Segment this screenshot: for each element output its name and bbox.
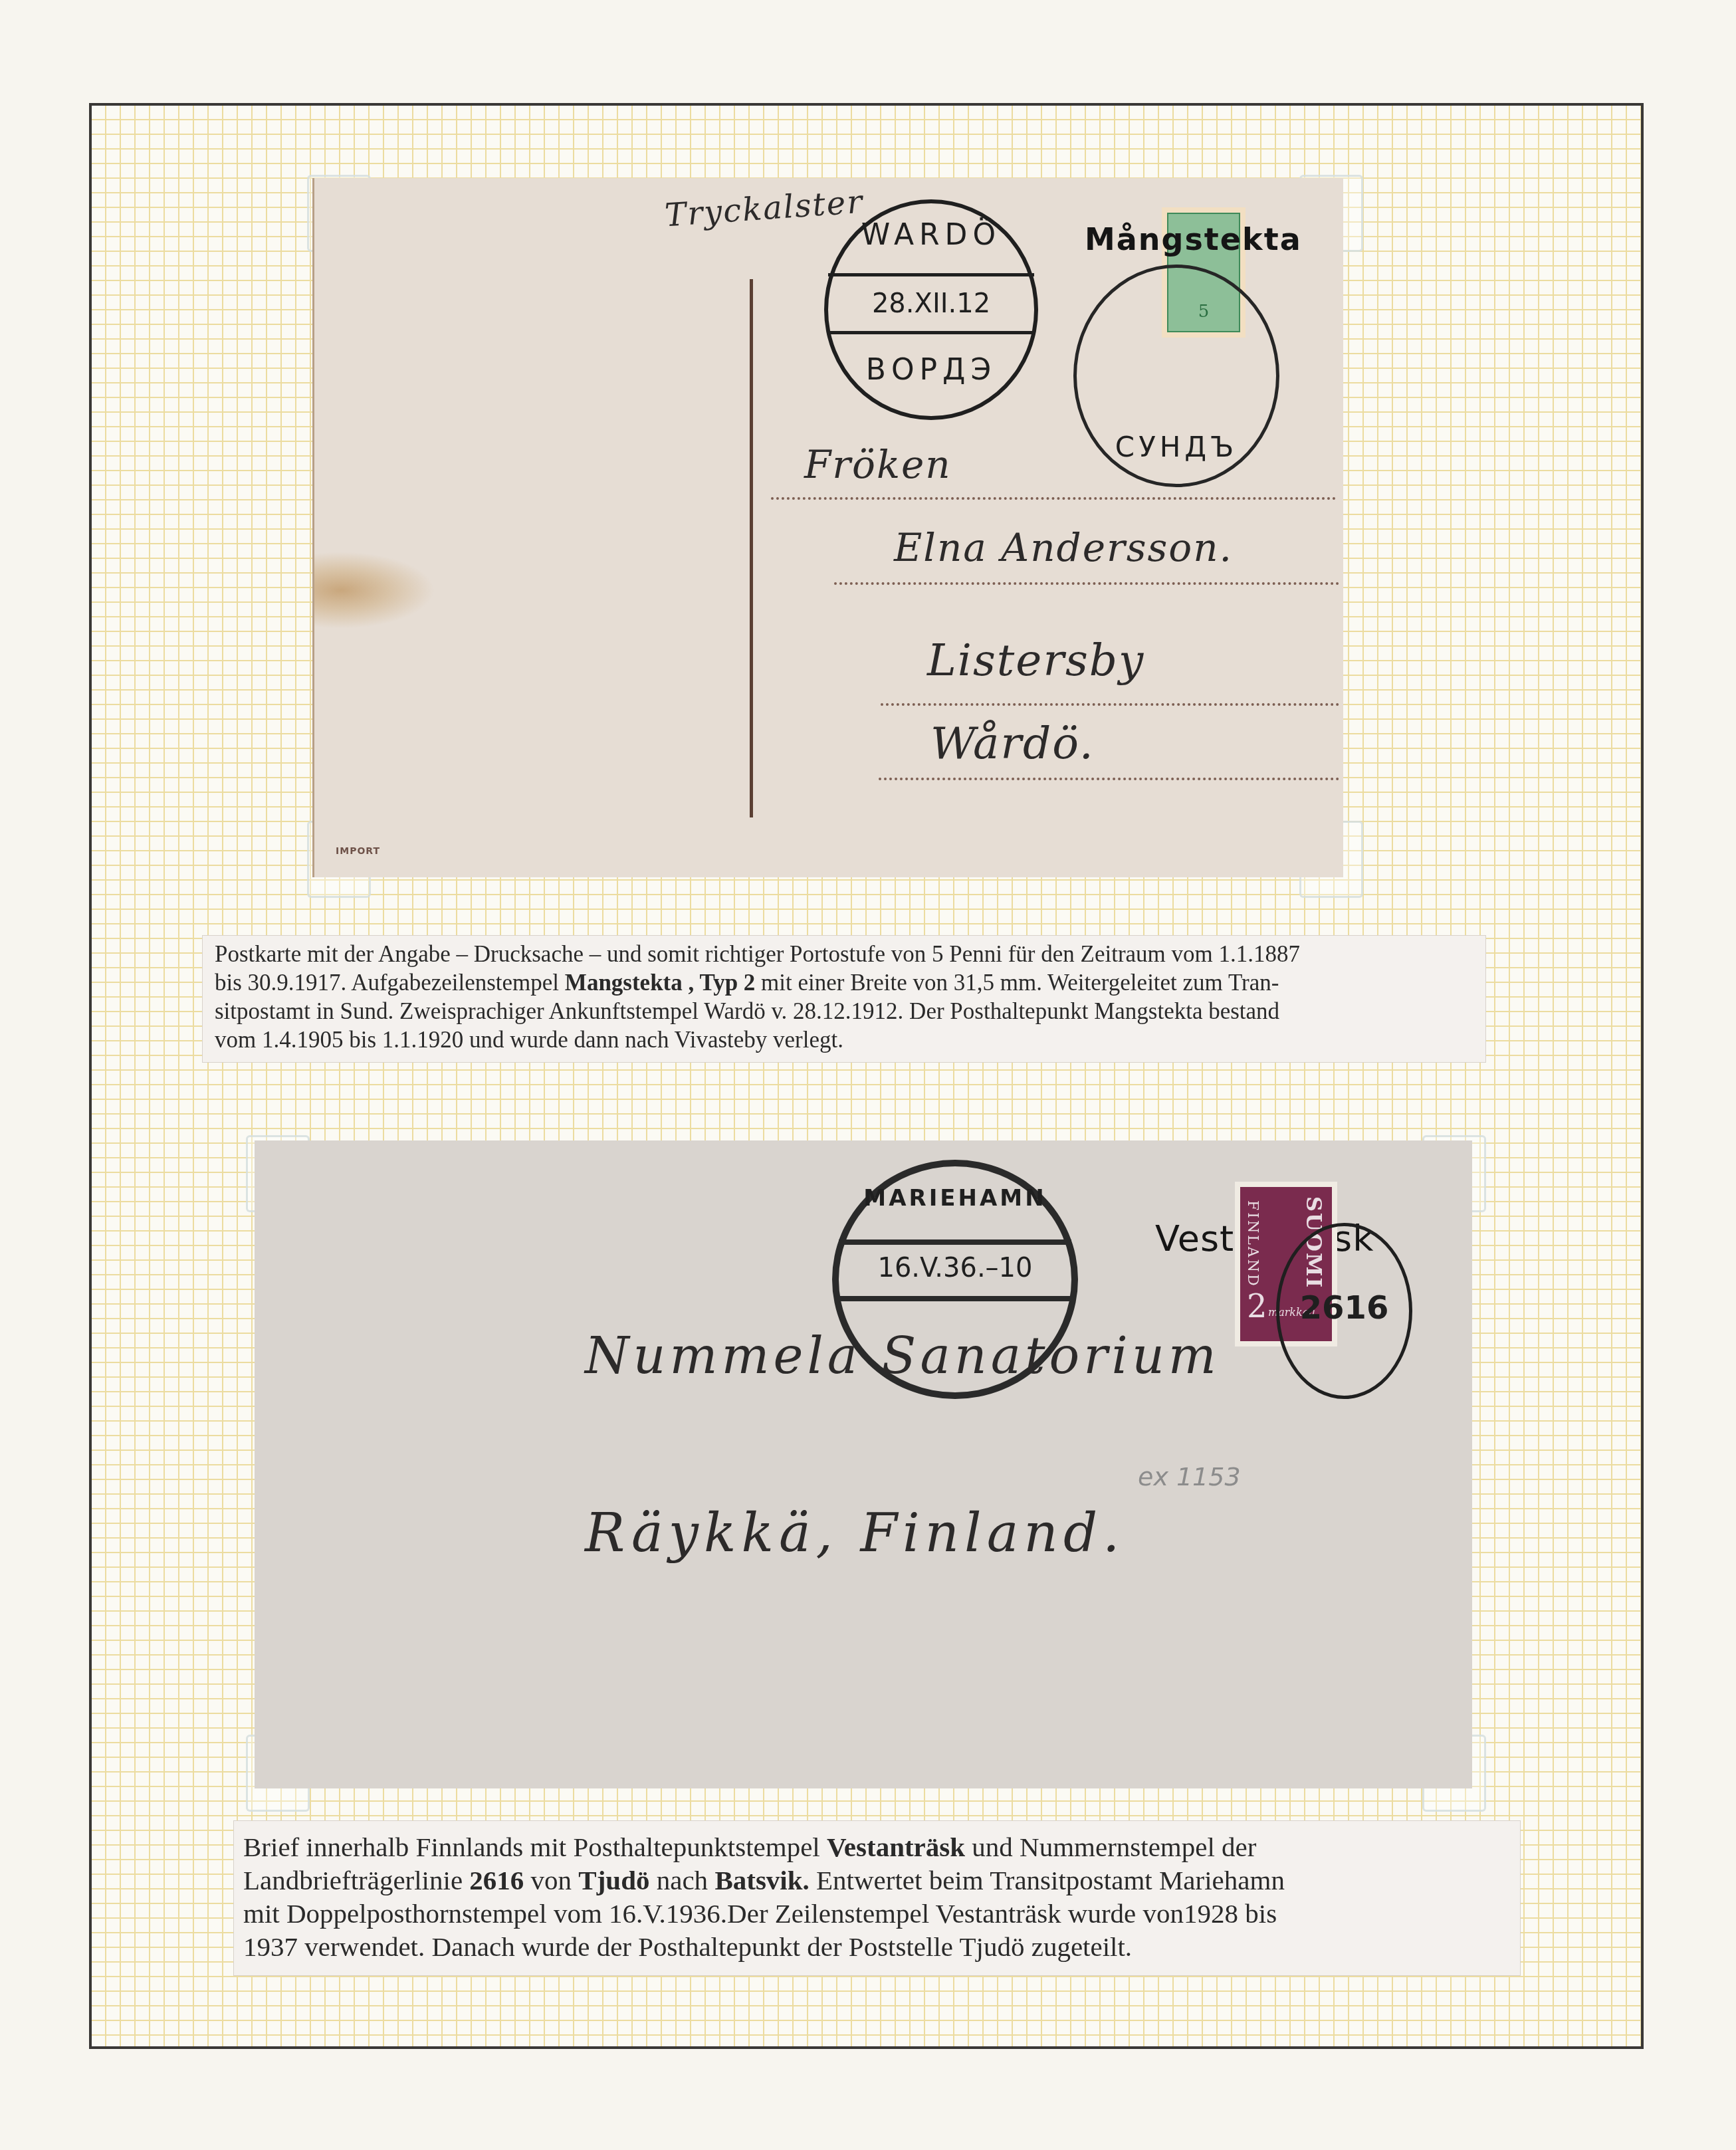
postmark-town-latin: WARDÖ — [828, 218, 1034, 252]
address-recipient: Nummela Sanatorium — [585, 1326, 1220, 1385]
caption-line: Landbriefträgerlinie 2616 von Tjudö nach… — [243, 1864, 1511, 1897]
caption-line: Brief innerhalb Finnlands mit Posthaltep… — [243, 1830, 1511, 1864]
caption-line: bis 30.9.1917. Aufgabezeilenstempel Mang… — [215, 968, 1473, 997]
postmark-date: 16.V.36.–10 — [839, 1253, 1071, 1283]
publisher-imprint: IMPORT — [336, 846, 380, 857]
stamp-country-finland: FINLAND — [1244, 1200, 1261, 1288]
wardo-arrival-postmark: WARDÖ 28.XII.12 ВОРДЭ — [824, 199, 1038, 420]
stamp-value: 2 — [1247, 1288, 1267, 1325]
address-line — [771, 497, 1336, 500]
rural-route-number-postmark: 2616 — [1276, 1223, 1412, 1399]
address-town: Räykkä, Finland. — [585, 1502, 1125, 1564]
address-village: Listersby — [927, 635, 1144, 686]
address-line — [834, 582, 1339, 585]
caption-line: Postkarte mit der Angabe – Drucksache – … — [215, 940, 1473, 968]
postmark-date: 28.XII.12 — [828, 288, 1034, 319]
caption-line: vom 1.4.1905 bis 1.1.1920 und wurde dann… — [215, 1025, 1473, 1054]
caption-line: sitpostamt in Sund. Zweisprachiger Ankun… — [215, 997, 1473, 1025]
sund-transit-postmark: СУНДЪ — [1073, 265, 1279, 487]
mangstekta-line-postmark: Mångstekta — [1085, 221, 1302, 257]
postcard-divider-line — [750, 279, 753, 817]
postmark-town: MARIEHAMN — [839, 1185, 1071, 1212]
address-line — [881, 703, 1339, 706]
caption-line: mit Doppelposthornstempel vom 16.V.1936.… — [243, 1897, 1511, 1930]
postcard-description-caption: Postkarte mit der Angabe – Drucksache – … — [203, 936, 1485, 1062]
address-name: Elna Andersson. — [894, 525, 1233, 570]
postmark-town-cyrillic: СУНДЪ — [1077, 431, 1276, 463]
caption-line: 1937 verwendet. Danach wurde der Posthal… — [243, 1930, 1511, 1963]
pencil-reference-note: ex 1153 — [1138, 1462, 1241, 1491]
envelope-description-caption: Brief innerhalb Finnlands mit Posthaltep… — [234, 1821, 1520, 1975]
postmark-town-cyrillic: ВОРДЭ — [828, 353, 1034, 387]
route-number: 2616 — [1279, 1289, 1409, 1327]
address-salutation: Fröken — [804, 442, 952, 487]
address-line — [879, 778, 1339, 780]
address-island: Wårdö. — [930, 718, 1095, 769]
